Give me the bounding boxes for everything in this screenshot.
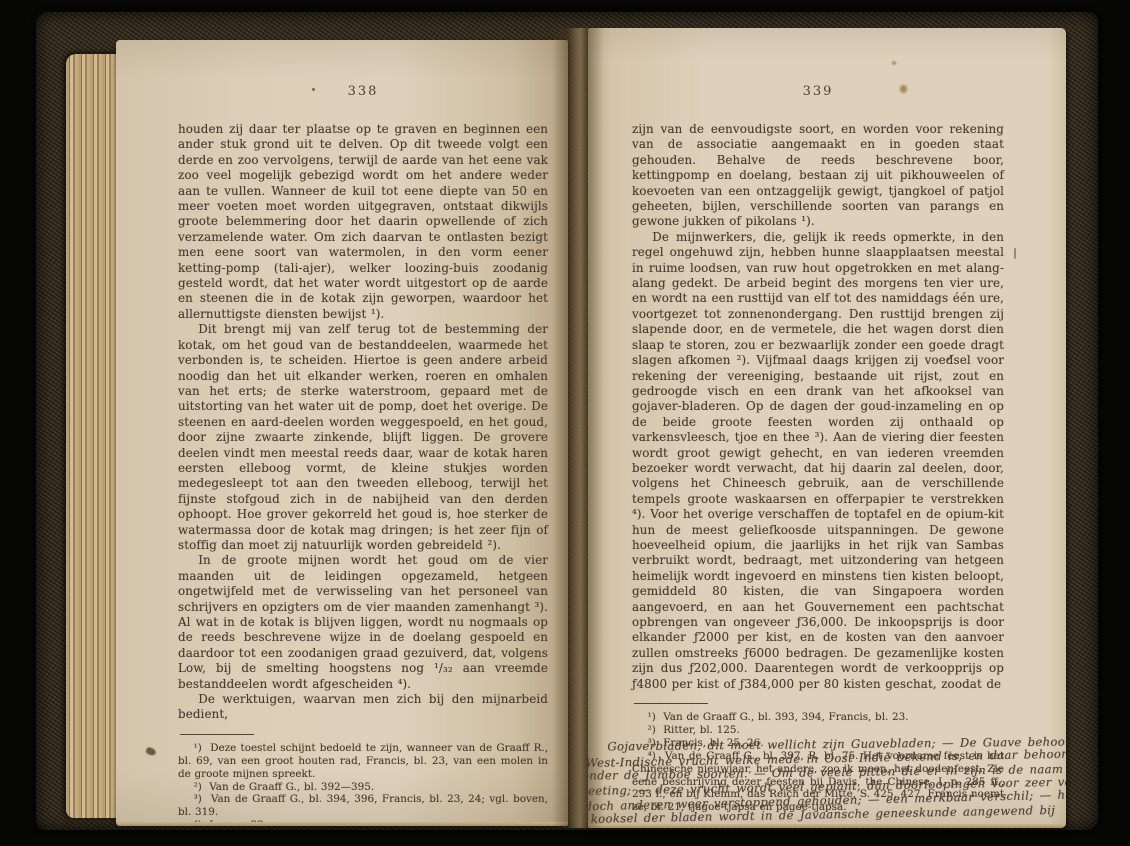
- handwritten-annotation: Gojaverbladen, dit moet wellicht zijn Gu…: [588, 733, 1066, 826]
- footnote-marker: ¹): [194, 742, 202, 754]
- footnote-text: Deze toestel schijnt bedoeld te zijn, wa…: [178, 742, 548, 780]
- annotation-x-mark: ✗: [946, 354, 954, 364]
- left-text-column: 338 houden zij daar ter plaatse op te gr…: [178, 84, 548, 826]
- footnote: ⁴) Low, p. 22.: [178, 819, 548, 826]
- footnote-marker: ²): [648, 724, 656, 736]
- stain-spot: [312, 88, 315, 91]
- footnote-text: Van de Graaff G., bl. 393, 394, Francis,…: [663, 711, 908, 723]
- footnote: ¹) Van de Graaff G., bl. 393, 394, Franc…: [632, 711, 1004, 724]
- footnote-text: Van de Graaff G., bl. 392—395.: [209, 781, 374, 793]
- footnote-text: Van de Graaff G., bl. 394, 396, Francis,…: [178, 793, 548, 818]
- footnote-rule: [180, 734, 254, 735]
- footnote-marker: ²): [194, 781, 202, 793]
- footnote: ²) Van de Graaff G., bl. 392—395.: [178, 781, 548, 794]
- footnote-marker: ³): [194, 793, 202, 805]
- body-paragraph: Dit brengt mij van zelf terug tot de bes…: [178, 322, 548, 553]
- body-paragraph: De werktuigen, waarvan men zich bij den …: [178, 692, 548, 723]
- footnote: ¹) Deze toestel schijnt bedoeld te zijn,…: [178, 742, 548, 781]
- book-gutter: [552, 28, 604, 828]
- footnote-text: Ritter, bl. 125.: [663, 724, 740, 736]
- page-number: 338: [178, 84, 548, 100]
- footnotes: ¹) Deze toestel schijnt bedoeld te zijn,…: [178, 742, 548, 826]
- left-page: 338 houden zij daar ter plaatse op te gr…: [116, 40, 568, 826]
- stain-spot: [900, 85, 907, 93]
- footnote-text: Low, p. 22.: [209, 819, 267, 826]
- right-text-column: 339 zijn van de eenvoudigste soort, en w…: [632, 84, 1004, 814]
- footnote-marker: ⁴): [194, 819, 202, 826]
- right-page: 339 zijn van de eenvoudigste soort, en w…: [588, 28, 1066, 828]
- body-paragraph: houden zij daar ter plaatse op te graven…: [178, 122, 548, 322]
- body-text: houden zij daar ter plaatse op te graven…: [178, 122, 548, 723]
- body-paragraph: De mijnwerkers, die, gelijk ik reeds opm…: [632, 230, 1004, 692]
- stain-spot: [892, 61, 896, 65]
- body-paragraph: In de groote mijnen wordt het goud om de…: [178, 553, 548, 692]
- body-paragraph: zijn van de eenvoudigste soort, en worde…: [632, 122, 1004, 230]
- stain-spot: [1014, 248, 1016, 259]
- footnote-rule: [634, 703, 708, 704]
- footnote: ³) Van de Graaff G., bl. 394, 396, Franc…: [178, 793, 548, 819]
- body-text: zijn van de eenvoudigste soort, en worde…: [632, 122, 1004, 692]
- page-number: 339: [632, 84, 1004, 100]
- footnote-marker: ¹): [648, 711, 656, 723]
